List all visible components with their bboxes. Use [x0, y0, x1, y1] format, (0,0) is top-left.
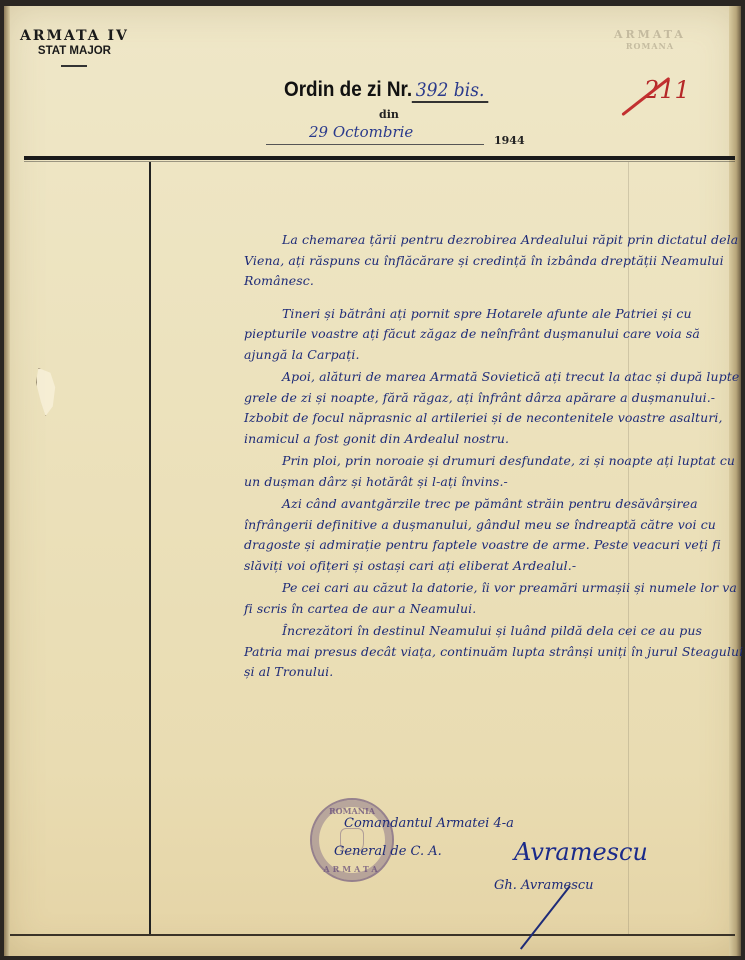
unit-name: ARMATA IV [20, 28, 129, 44]
subunit-name: STAT MAJOR [20, 45, 129, 57]
paper-tear [36, 368, 60, 416]
order-year: 1944 [494, 134, 525, 147]
seal-top-text: ROMANIA [312, 806, 392, 816]
paragraph: Azi când avantgărzile trec pe pământ str… [244, 494, 744, 576]
margin-rule [149, 162, 151, 936]
paragraph: Încrezători în destinul Neamului și luân… [244, 621, 744, 683]
faint-stamp-line2: ROMANA [614, 41, 686, 51]
paragraph: Prin ploi, prin noroaie și drumuri desfu… [244, 451, 744, 492]
din-label: din [379, 108, 399, 121]
paragraph: Tineri și bătrâni ați pornit spre Hotare… [244, 304, 744, 366]
order-title-prefix: Ordin de zi Nr. [284, 78, 412, 101]
official-seal: ROMANIA ARMATA [310, 798, 394, 882]
issuing-unit-block: ARMATA IV STAT MAJOR [20, 28, 129, 67]
signature-flourish [520, 885, 571, 949]
paragraph: La chemarea țării pentru dezrobirea Arde… [244, 230, 744, 292]
order-body: La chemarea țării pentru dezrobirea Arde… [244, 230, 744, 683]
bottom-rule [10, 934, 735, 936]
signatory-name: Gh. Avramescu [494, 878, 594, 893]
handwritten-signature: Avramescu [514, 838, 648, 866]
page-binding-edge [4, 6, 10, 956]
signatory-rank: General de C. A. [334, 844, 442, 859]
paragraph: Pe cei cari au căzut la datorie, îi vor … [244, 578, 744, 619]
paragraph: Apoi, alături de marea Armată Sovietică … [244, 367, 744, 449]
order-number: 392 bis. [412, 79, 488, 103]
signatory-role: Comandantul Armatei 4-a [344, 816, 514, 831]
seal-bottom-text: ARMATA [312, 864, 392, 874]
document-page: ARMATA IV STAT MAJOR ARMATA ROMANA Ordin… [4, 6, 741, 956]
order-title: Ordin de zi Nr.392 bis. [284, 78, 488, 102]
faint-stamp-line1: ARMATA [614, 28, 686, 41]
divider [61, 65, 87, 67]
faint-archive-stamp: ARMATA ROMANA [614, 28, 686, 51]
order-date: 29 Octombrie [309, 123, 413, 141]
header-rule [24, 156, 735, 160]
